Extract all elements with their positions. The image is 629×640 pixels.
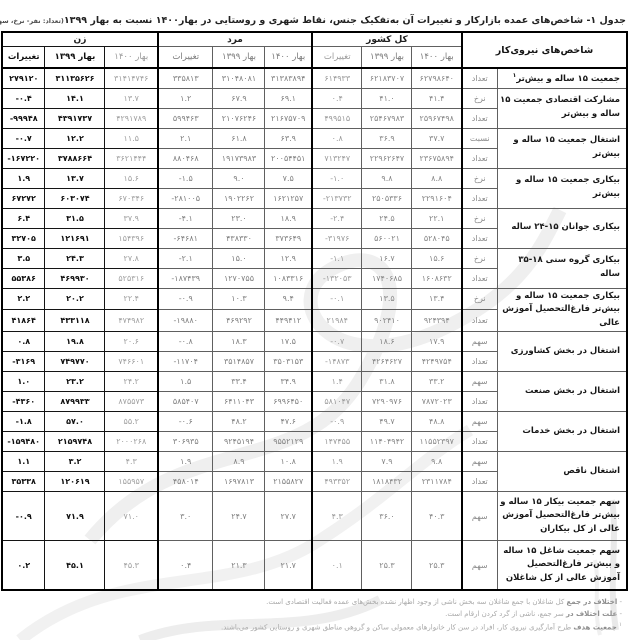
value-mard-y1400: ۶۹.۱ (265, 88, 312, 108)
unit-label: سهم (462, 492, 497, 541)
value-kol-change: -۰.۹ (312, 412, 362, 432)
value-kol-change: ۲۱۹۸۴ (312, 310, 362, 332)
value-zan-change: -۰.۴ (2, 88, 45, 108)
value-kol-change: ۱.۹ (312, 452, 362, 472)
value-kol-y1400: ۲۲۹۱۶۰۴ (412, 188, 462, 208)
value-mard-change: -۱.۵ (158, 168, 213, 188)
value-zan-change: ۶.۴ (2, 208, 45, 228)
value-kol-change: ۷۱۳۲۴۷ (312, 148, 362, 168)
value-mard-y1399: ۱۲۷۰۷۵۵ (213, 268, 265, 288)
value-mard-change: -۶۴۶۸۱ (158, 228, 213, 248)
value-zan-y1400: ۵۲۵۳۱۶ (105, 268, 158, 288)
header-male-changes: تغییرات (158, 47, 213, 69)
value-zan-y1399: ۷۴۹۷۷۰ (45, 352, 105, 372)
unit-label: تعداد (462, 148, 497, 168)
table-title-unit-note: (تعداد: نفر- نرخ، سهم و نسبت: درصد) (0, 17, 64, 25)
value-kol-change: -۳۱۹۷۶ (312, 228, 362, 248)
header-group-male: مرد (158, 32, 312, 47)
value-mard-y1399: ۱۰.۳ (213, 288, 265, 310)
value-kol-y1399: ۲۵.۳ (362, 541, 412, 590)
value-kol-y1400: ۴۱.۴ (412, 88, 462, 108)
unit-label: تعداد (462, 310, 497, 332)
value-mard-y1400: ۲۱.۷ (265, 541, 312, 590)
value-kol-y1399: ۲۲۹۶۲۶۴۷ (362, 148, 412, 168)
indicator-label: سهم جمعیت شاغل ۱۵ ساله و بیش‌تر فارغ‌الت… (497, 541, 627, 590)
value-mard-y1399: ۳۳.۴ (213, 372, 265, 392)
unit-label: نرخ (462, 208, 497, 228)
value-mard-change: ۰.۴ (158, 541, 213, 590)
value-mard-change: -۴.۱ (158, 208, 213, 228)
table-row: سهم جمعیت شاغل ۱۵ ساله و بیش‌تر فارغ‌الت… (2, 541, 627, 590)
value-mard-y1399: ۴۳۸۳۳۰ (213, 228, 265, 248)
table-row: اشتغال در بخش صنعتسهم۳۳.۲۳۱.۸۱.۴۳۴.۹۳۳.۴… (2, 372, 627, 392)
header-total-changes: تغییرات (312, 47, 362, 69)
value-zan-change: ۳۵۳۳۸ (2, 472, 45, 492)
value-zan-change: -۱.۸ (2, 412, 45, 432)
table-row: بیکاری جمعیت ۱۵ ساله و بیش‌تر فارغ‌التحص… (2, 288, 627, 310)
value-zan-y1399: ۳۱.۵ (45, 208, 105, 228)
value-zan-y1400: ۵۵.۲ (105, 412, 158, 432)
value-mard-y1400: ۶۳.۹ (265, 128, 312, 148)
value-zan-change: ۲۷۹۱۲۰ (2, 68, 45, 88)
value-zan-y1399: ۱۳.۷ (45, 168, 105, 188)
value-kol-change: ۰.۴ (312, 88, 362, 108)
value-zan-y1399: ۱۲۰۶۱۹ (45, 472, 105, 492)
indicator-label: اشتغال در بخش کشاورزی (497, 332, 627, 372)
value-kol-y1399: ۳۶.۹ (362, 128, 412, 148)
value-zan-y1399: ۱۲۱۶۹۱ (45, 228, 105, 248)
unit-label: تعداد (462, 188, 497, 208)
value-mard-change: ۳۳۵۸۱۳ (158, 68, 213, 88)
value-mard-y1399: ۶۷.۹ (213, 88, 265, 108)
unit-label: سهم (462, 332, 497, 352)
value-mard-y1400: ۲۰۰۵۴۴۵۱ (265, 148, 312, 168)
value-kol-y1399: ۱۸۱۸۴۳۲ (362, 472, 412, 492)
value-zan-change: ۱.۰ (2, 372, 45, 392)
unit-label: تعداد (462, 268, 497, 288)
value-zan-change: ۰.۸ (2, 332, 45, 352)
value-kol-y1400: ۶۲۷۹۸۶۴۰ (412, 68, 462, 88)
footnotes: - اختلاف در جمع کل شاغلان با جمع شاغلان … (0, 591, 629, 634)
value-mard-y1399: ۸.۹ (213, 452, 265, 472)
value-zan-y1400: ۲۴.۲ (105, 372, 158, 392)
value-mard-change: ۳.۰ (158, 492, 213, 541)
value-mard-change: ۵۹۹۴۶۳ (158, 108, 213, 128)
value-kol-y1399: ۲۵۰۵۳۳۶ (362, 188, 412, 208)
value-mard-change: -۰.۶ (158, 412, 213, 432)
value-mard-change: -۱۸۷۴۳۹ (158, 268, 213, 288)
value-mard-change: ۲.۱ (158, 128, 213, 148)
indicator-label: جمعیت ۱۵ ساله و بیش‌تر۱ (497, 68, 627, 88)
value-mard-y1400: ۳۴.۹ (265, 372, 312, 392)
table-row: اشتغال ناقصسهم۹.۸۷.۹۱.۹۱۰.۸۸.۹۱.۹۴.۳۳.۲۱… (2, 452, 627, 472)
value-zan-y1400: ۴۲۹۱۷۸۹ (105, 108, 158, 128)
unit-label: نرخ (462, 248, 497, 268)
value-kol-y1400: ۳۷.۷ (412, 128, 462, 148)
header-female-spring1399: بهار ۱۳۹۹ (45, 47, 105, 69)
header-female-changes: تغییرات (2, 47, 45, 69)
value-kol-y1400: ۷۸۷۲۰۲۳ (412, 392, 462, 412)
value-zan-y1400: ۴.۳ (105, 452, 158, 472)
value-mard-change: ۱.۵ (158, 372, 213, 392)
value-zan-change: -۳۱۶۹ (2, 352, 45, 372)
table-title-text: جدول ۱- شاخص‌های عمده بازارکار و تغییرات… (64, 15, 626, 26)
value-mard-y1399: ۹۲۴۵۱۹۴ (213, 432, 265, 452)
value-kol-y1400: ۱۵.۶ (412, 248, 462, 268)
footnote-line: ۱ جمعیت هدف طرح آمارگیری نیروی کار، افرا… (0, 621, 622, 634)
value-zan-y1400: ۲۷.۸ (105, 248, 158, 268)
value-kol-y1400: ۴۰.۳ (412, 492, 462, 541)
value-kol-y1400: ۱۶۰۸۶۳۲ (412, 268, 462, 288)
table-row: اشتغال جمعیت ۱۵ ساله و بیش‌ترنسبت۳۷.۷۳۶.… (2, 128, 627, 148)
value-mard-change: ۱.۹ (158, 452, 213, 472)
footnote-line: - اختلاف در جمع کل شاغلان با جمع شاغلان … (0, 596, 622, 609)
value-mard-y1400: ۱۲.۹ (265, 248, 312, 268)
value-kol-change: ۶۱۴۹۳۳ (312, 68, 362, 88)
unit-label: تعداد (462, 392, 497, 412)
value-zan-y1400: ۲۲.۴ (105, 288, 158, 310)
value-zan-change: ۳۲۷۰۵ (2, 228, 45, 248)
value-mard-y1399: ۳۱۰۴۸۰۸۱ (213, 68, 265, 88)
header-total-spring1399: بهار ۱۳۹۹ (362, 47, 412, 69)
value-mard-y1400: ۱۰۸۳۳۱۶ (265, 268, 312, 288)
value-kol-y1399: ۹۰۲۴۱۰ (362, 310, 412, 332)
value-zan-y1400: ۳۶۲۱۴۴۴ (105, 148, 158, 168)
value-mard-change: -۱۱۷۰۴ (158, 352, 213, 372)
value-zan-change: ۰.۲ (2, 541, 45, 590)
value-kol-change: -۱.۰ (312, 168, 362, 188)
value-zan-change: ۲.۲ (2, 288, 45, 310)
value-zan-y1400: ۳۷.۹ (105, 208, 158, 228)
value-mard-change: ۵۸۵۴۰۷ (158, 392, 213, 412)
value-zan-y1400: ۱۵۵۹۵۷ (105, 472, 158, 492)
table-body: جمعیت ۱۵ ساله و بیش‌تر۱تعداد۶۲۷۹۸۶۴۰۶۲۱۸… (2, 68, 627, 590)
value-kol-y1399: ۷۲۹۰۹۷۶ (362, 392, 412, 412)
value-kol-y1400: ۱۷.۹ (412, 332, 462, 352)
value-kol-y1400: ۵۲۸۰۴۵ (412, 228, 462, 248)
header-indicators: شاخص‌های نیروی‌کار (462, 32, 627, 68)
header-male-spring1400: بهار ۱۴۰۰ (265, 47, 312, 69)
value-zan-y1400: ۱۵.۶ (105, 168, 158, 188)
value-zan-y1399: ۷۱.۹ (45, 492, 105, 541)
value-kol-y1400: ۱۳.۴ (412, 288, 462, 310)
value-kol-y1399: ۴۱.۰ (362, 88, 412, 108)
value-kol-y1399: ۴۲۶۴۶۲۷ (362, 352, 412, 372)
unit-label: سهم (462, 412, 497, 432)
value-mard-y1399: ۱۹۱۷۳۹۸۳ (213, 148, 265, 168)
value-zan-y1400: ۲۰۰۰۲۶۸ (105, 432, 158, 452)
value-mard-y1399: ۱۸.۳ (213, 332, 265, 352)
value-mard-y1400: ۱۸.۹ (265, 208, 312, 228)
value-kol-y1400: ۲۳۶۷۵۸۹۴ (412, 148, 462, 168)
value-mard-y1400: ۹.۴ (265, 288, 312, 310)
indicator-label: مشارکت اقتصادی جمعیت ۱۵ ساله و بیش‌تر (497, 88, 627, 128)
indicator-label: اشتغال جمعیت ۱۵ ساله و بیش‌تر (497, 128, 627, 168)
table-header: شاخص‌های نیروی‌کار کل کشور مرد زن بهار ۱… (2, 32, 627, 68)
labor-indicators-table: شاخص‌های نیروی‌کار کل کشور مرد زن بهار ۱… (1, 31, 628, 591)
value-kol-change: -۰.۱ (312, 288, 362, 310)
value-zan-y1400: ۸۷۵۵۷۳ (105, 392, 158, 412)
header-group-female: زن (2, 32, 158, 47)
table-row: اشتغال در بخش خدماتسهم۴۸.۸۴۹.۷-۰.۹۴۷.۶۴۸… (2, 412, 627, 432)
value-kol-y1399: ۷.۹ (362, 452, 412, 472)
indicator-label: بیکاری جمعیت ۱۵ ساله و بیش‌تر (497, 168, 627, 208)
value-kol-y1399: ۵۶۰۰۲۱ (362, 228, 412, 248)
value-mard-y1400: ۳۱۳۸۳۸۹۴ (265, 68, 312, 88)
value-kol-y1399: ۴۹.۷ (362, 412, 412, 432)
value-mard-y1400: ۲۱۵۵۸۲۷ (265, 472, 312, 492)
value-zan-y1399: ۸۷۹۹۳۳ (45, 392, 105, 412)
value-kol-y1400: ۹.۸ (412, 452, 462, 472)
value-mard-y1400: ۱۷.۵ (265, 332, 312, 352)
value-kol-y1400: ۲۵.۳ (412, 541, 462, 590)
value-zan-y1399: ۱۲.۲ (45, 128, 105, 148)
value-mard-change: -۰.۹ (158, 288, 213, 310)
value-mard-y1400: ۴۴۹۴۱۲ (265, 310, 312, 332)
unit-label: تعداد (462, 228, 497, 248)
value-mard-y1400: ۱۰.۸ (265, 452, 312, 472)
indicator-label: اشتغال در بخش خدمات (497, 412, 627, 452)
value-mard-y1400: ۷.۵ (265, 168, 312, 188)
value-zan-change: -۹۹۹۴۸ (2, 108, 45, 128)
value-mard-y1400: ۹۵۵۲۱۲۹ (265, 432, 312, 452)
header-group-total: کل کشور (312, 32, 462, 47)
value-zan-y1399: ۱۹.۸ (45, 332, 105, 352)
value-kol-change: ۴۹۳۳۵۲ (312, 472, 362, 492)
value-zan-y1399: ۴۶۹۹۳۰ (45, 268, 105, 288)
unit-label: تعداد (462, 68, 497, 88)
value-kol-y1400: ۲۲.۱ (412, 208, 462, 228)
value-mard-y1400: ۳۷۳۶۴۹ (265, 228, 312, 248)
value-zan-y1400: ۴۵.۳ (105, 541, 158, 590)
value-zan-change: ۶۷۲۷۲ (2, 188, 45, 208)
value-kol-change: ۱.۴ (312, 372, 362, 392)
value-kol-y1400: ۸.۸ (412, 168, 462, 188)
indicator-label: بیکاری گروه سنی ۱۸-۳۵ ساله (497, 248, 627, 288)
value-zan-y1399: ۴۳۹۱۷۳۷ (45, 108, 105, 128)
value-kol-change: ۱۴۷۴۵۵ (312, 432, 362, 452)
value-kol-y1400: ۳۳.۲ (412, 372, 462, 392)
value-mard-y1399: ۱۶۹۷۸۱۳ (213, 472, 265, 492)
unit-label: نسبت (462, 128, 497, 148)
value-mard-y1399: ۲۱.۳ (213, 541, 265, 590)
unit-label: سهم (462, 452, 497, 472)
value-kol-change: -۰.۷ (312, 332, 362, 352)
table-row: بیکاری گروه سنی ۱۸-۳۵ سالهنرخ۱۵.۶۱۶.۷-۱.… (2, 248, 627, 268)
value-mard-y1399: ۴۶۹۲۹۲ (213, 310, 265, 332)
indicator-label: بیکاری جمعیت ۱۵ ساله و بیش‌تر فارغ‌التحص… (497, 288, 627, 332)
value-kol-y1399: ۹.۸ (362, 168, 412, 188)
value-zan-change: -۰.۷ (2, 128, 45, 148)
value-zan-change: -۱۵۹۴۸۰ (2, 432, 45, 452)
value-mard-change: ۱.۲ (158, 88, 213, 108)
value-kol-y1399: ۱۶.۷ (362, 248, 412, 268)
value-zan-y1400: ۶۷۰۳۴۶ (105, 188, 158, 208)
value-kol-change: ۰.۸ (312, 128, 362, 148)
value-zan-y1399: ۲۰.۲ (45, 288, 105, 310)
value-kol-y1399: ۱۱۴۰۴۹۴۲ (362, 432, 412, 452)
value-zan-y1399: ۵۷.۰ (45, 412, 105, 432)
header-female-spring1400: بهار ۱۴۰۰ (105, 47, 158, 69)
table-row: بیکاری جمعیت ۱۵ ساله و بیش‌ترنرخ۸.۸۹.۸-۱… (2, 168, 627, 188)
value-mard-y1399: ۲۳.۰ (213, 208, 265, 228)
value-zan-change: -۱۶۷۲۲۰ (2, 148, 45, 168)
value-kol-y1400: ۴۸.۸ (412, 412, 462, 432)
value-mard-change: -۱۹۸۸۰ (158, 310, 213, 332)
value-kol-change: ۴.۳ (312, 492, 362, 541)
unit-label: نرخ (462, 168, 497, 188)
value-mard-y1400: ۴۷.۶ (265, 412, 312, 432)
value-kol-change: ۰.۱ (312, 541, 362, 590)
header-total-spring1400: بهار ۱۴۰۰ (412, 47, 462, 69)
unit-label: سهم (462, 541, 497, 590)
value-kol-y1399: ۱۷۴۰۶۸۵ (362, 268, 412, 288)
value-kol-y1400: ۲۵۹۶۷۴۹۸ (412, 108, 462, 128)
value-zan-y1399: ۳.۲ (45, 452, 105, 472)
value-zan-y1399: ۴۳۳۱۱۸ (45, 310, 105, 332)
unit-label: سهم (462, 372, 497, 392)
value-kol-change: -۲۱۳۷۳۲ (312, 188, 362, 208)
value-zan-y1400: ۷۴۶۶۰۱ (105, 352, 158, 372)
value-mard-change: ۳۰۶۹۳۵ (158, 432, 213, 452)
value-mard-y1400: ۶۹۹۶۴۵۰ (265, 392, 312, 412)
value-kol-y1400: ۱۱۵۵۲۳۹۷ (412, 432, 462, 452)
value-zan-y1400: ۱۱.۵ (105, 128, 158, 148)
value-mard-change: ۴۵۸۰۱۴ (158, 472, 213, 492)
value-zan-change: ۱.۱ (2, 452, 45, 472)
table-title: جدول ۱- شاخص‌های عمده بازارکار و تغییرات… (0, 0, 629, 30)
value-mard-change: ۸۸۰۴۶۸ (158, 148, 213, 168)
value-mard-y1399: ۱۵.۰ (213, 248, 265, 268)
header-male-spring1399: بهار ۱۳۹۹ (213, 47, 265, 69)
value-zan-change: ۵۵۳۸۶ (2, 268, 45, 288)
value-zan-y1399: ۳۷۸۸۶۶۴ (45, 148, 105, 168)
table-row: بیکاری جوانان ۱۵-۲۴ سالهنرخ۲۲.۱۲۴.۵-۲.۴۱… (2, 208, 627, 228)
value-zan-y1399: ۲۴.۳ (45, 248, 105, 268)
value-zan-change: ۱.۹ (2, 168, 45, 188)
value-mard-y1400: ۲۷.۷ (265, 492, 312, 541)
value-mard-y1399: ۳۵۱۴۸۵۷ (213, 352, 265, 372)
value-mard-y1399: ۲۴.۷ (213, 492, 265, 541)
indicator-label: بیکاری جوانان ۱۵-۲۴ ساله (497, 208, 627, 248)
value-mard-y1399: ۴۸.۲ (213, 412, 265, 432)
value-zan-y1400: ۷۱.۰ (105, 492, 158, 541)
indicator-label: سهم جمعیت بیکار ۱۵ ساله و بیش‌تر فارغ‌ال… (497, 492, 627, 541)
unit-label: تعداد (462, 352, 497, 372)
unit-label: تعداد (462, 108, 497, 128)
unit-label: نرخ (462, 288, 497, 310)
table-row: مشارکت اقتصادی جمعیت ۱۵ ساله و بیش‌ترنرخ… (2, 88, 627, 108)
value-kol-y1399: ۱۳.۵ (362, 288, 412, 310)
value-mard-y1400: ۳۵۰۳۱۵۳ (265, 352, 312, 372)
value-mard-y1400: ۲۱۶۷۵۷۰۹ (265, 108, 312, 128)
value-kol-y1399: ۲۵۴۶۷۹۸۳ (362, 108, 412, 128)
value-zan-y1399: ۱۴.۱ (45, 88, 105, 108)
value-kol-change: -۲.۴ (312, 208, 362, 228)
footnote-line: - علت اختلاف در سر جمع، ناشی از گرد کردن… (0, 608, 622, 621)
value-kol-change: ۵۸۱۰۴۷ (312, 392, 362, 412)
value-kol-y1399: ۱۸.۶ (362, 332, 412, 352)
table-row: جمعیت ۱۵ ساله و بیش‌تر۱تعداد۶۲۷۹۸۶۴۰۶۲۱۸… (2, 68, 627, 88)
value-zan-y1400: ۱۳.۷ (105, 88, 158, 108)
value-kol-change: -۱۴۸۷۳ (312, 352, 362, 372)
value-kol-y1399: ۶۲۱۸۳۷۰۷ (362, 68, 412, 88)
table-row: سهم جمعیت بیکار ۱۵ ساله و بیش‌تر فارغ‌ال… (2, 492, 627, 541)
value-zan-y1400: ۲۰.۶ (105, 332, 158, 352)
value-kol-change: ۴۹۹۵۱۵ (312, 108, 362, 128)
value-mard-y1400: ۱۶۲۱۲۵۷ (265, 188, 312, 208)
value-kol-y1399: ۳۱.۸ (362, 372, 412, 392)
value-zan-change: -۴۳۶۰ (2, 392, 45, 412)
value-mard-y1399: ۶۴۱۱۰۴۳ (213, 392, 265, 412)
value-mard-y1399: ۶۱.۸ (213, 128, 265, 148)
value-mard-y1399: ۹.۰ (213, 168, 265, 188)
value-kol-change: -۱.۱ (312, 248, 362, 268)
value-zan-y1400: ۳۱۴۱۴۷۴۶ (105, 68, 158, 88)
value-zan-change: ۴۱۸۶۴ (2, 310, 45, 332)
table-row: اشتغال در بخش کشاورزیسهم۱۷.۹۱۸.۶-۰.۷۱۷.۵… (2, 332, 627, 352)
value-zan-change: -۰.۹ (2, 492, 45, 541)
value-kol-y1400: ۹۲۴۳۹۴ (412, 310, 462, 332)
value-zan-y1399: ۲۳.۲ (45, 372, 105, 392)
indicator-label: اشتغال ناقص (497, 452, 627, 492)
value-kol-y1400: ۴۲۴۹۷۵۴ (412, 352, 462, 372)
value-mard-change: -۲.۱ (158, 248, 213, 268)
value-zan-y1399: ۶۰۳۰۷۴ (45, 188, 105, 208)
unit-label: تعداد (462, 432, 497, 452)
value-zan-change: ۳.۵ (2, 248, 45, 268)
value-kol-y1400: ۲۳۱۱۷۸۴ (412, 472, 462, 492)
indicator-label: اشتغال در بخش صنعت (497, 372, 627, 412)
value-mard-change: -۲۸۱۰۰۵ (158, 188, 213, 208)
unit-label: نرخ (462, 88, 497, 108)
value-mard-y1399: ۲۱۰۷۶۲۴۶ (213, 108, 265, 128)
value-zan-y1399: ۳۱۱۳۵۶۲۶ (45, 68, 105, 88)
unit-label: تعداد (462, 472, 497, 492)
value-zan-y1399: ۲۱۵۹۷۴۸ (45, 432, 105, 452)
value-kol-y1399: ۳۶.۰ (362, 492, 412, 541)
value-kol-y1399: ۲۴.۵ (362, 208, 412, 228)
value-mard-y1399: ۱۹۰۲۲۶۲ (213, 188, 265, 208)
value-zan-y1400: ۴۷۴۹۸۲ (105, 310, 158, 332)
value-zan-y1399: ۴۵.۱ (45, 541, 105, 590)
value-kol-change: -۱۳۲۰۵۳ (312, 268, 362, 288)
value-mard-change: -۰.۸ (158, 332, 213, 352)
value-zan-y1400: ۱۵۴۳۹۶ (105, 228, 158, 248)
